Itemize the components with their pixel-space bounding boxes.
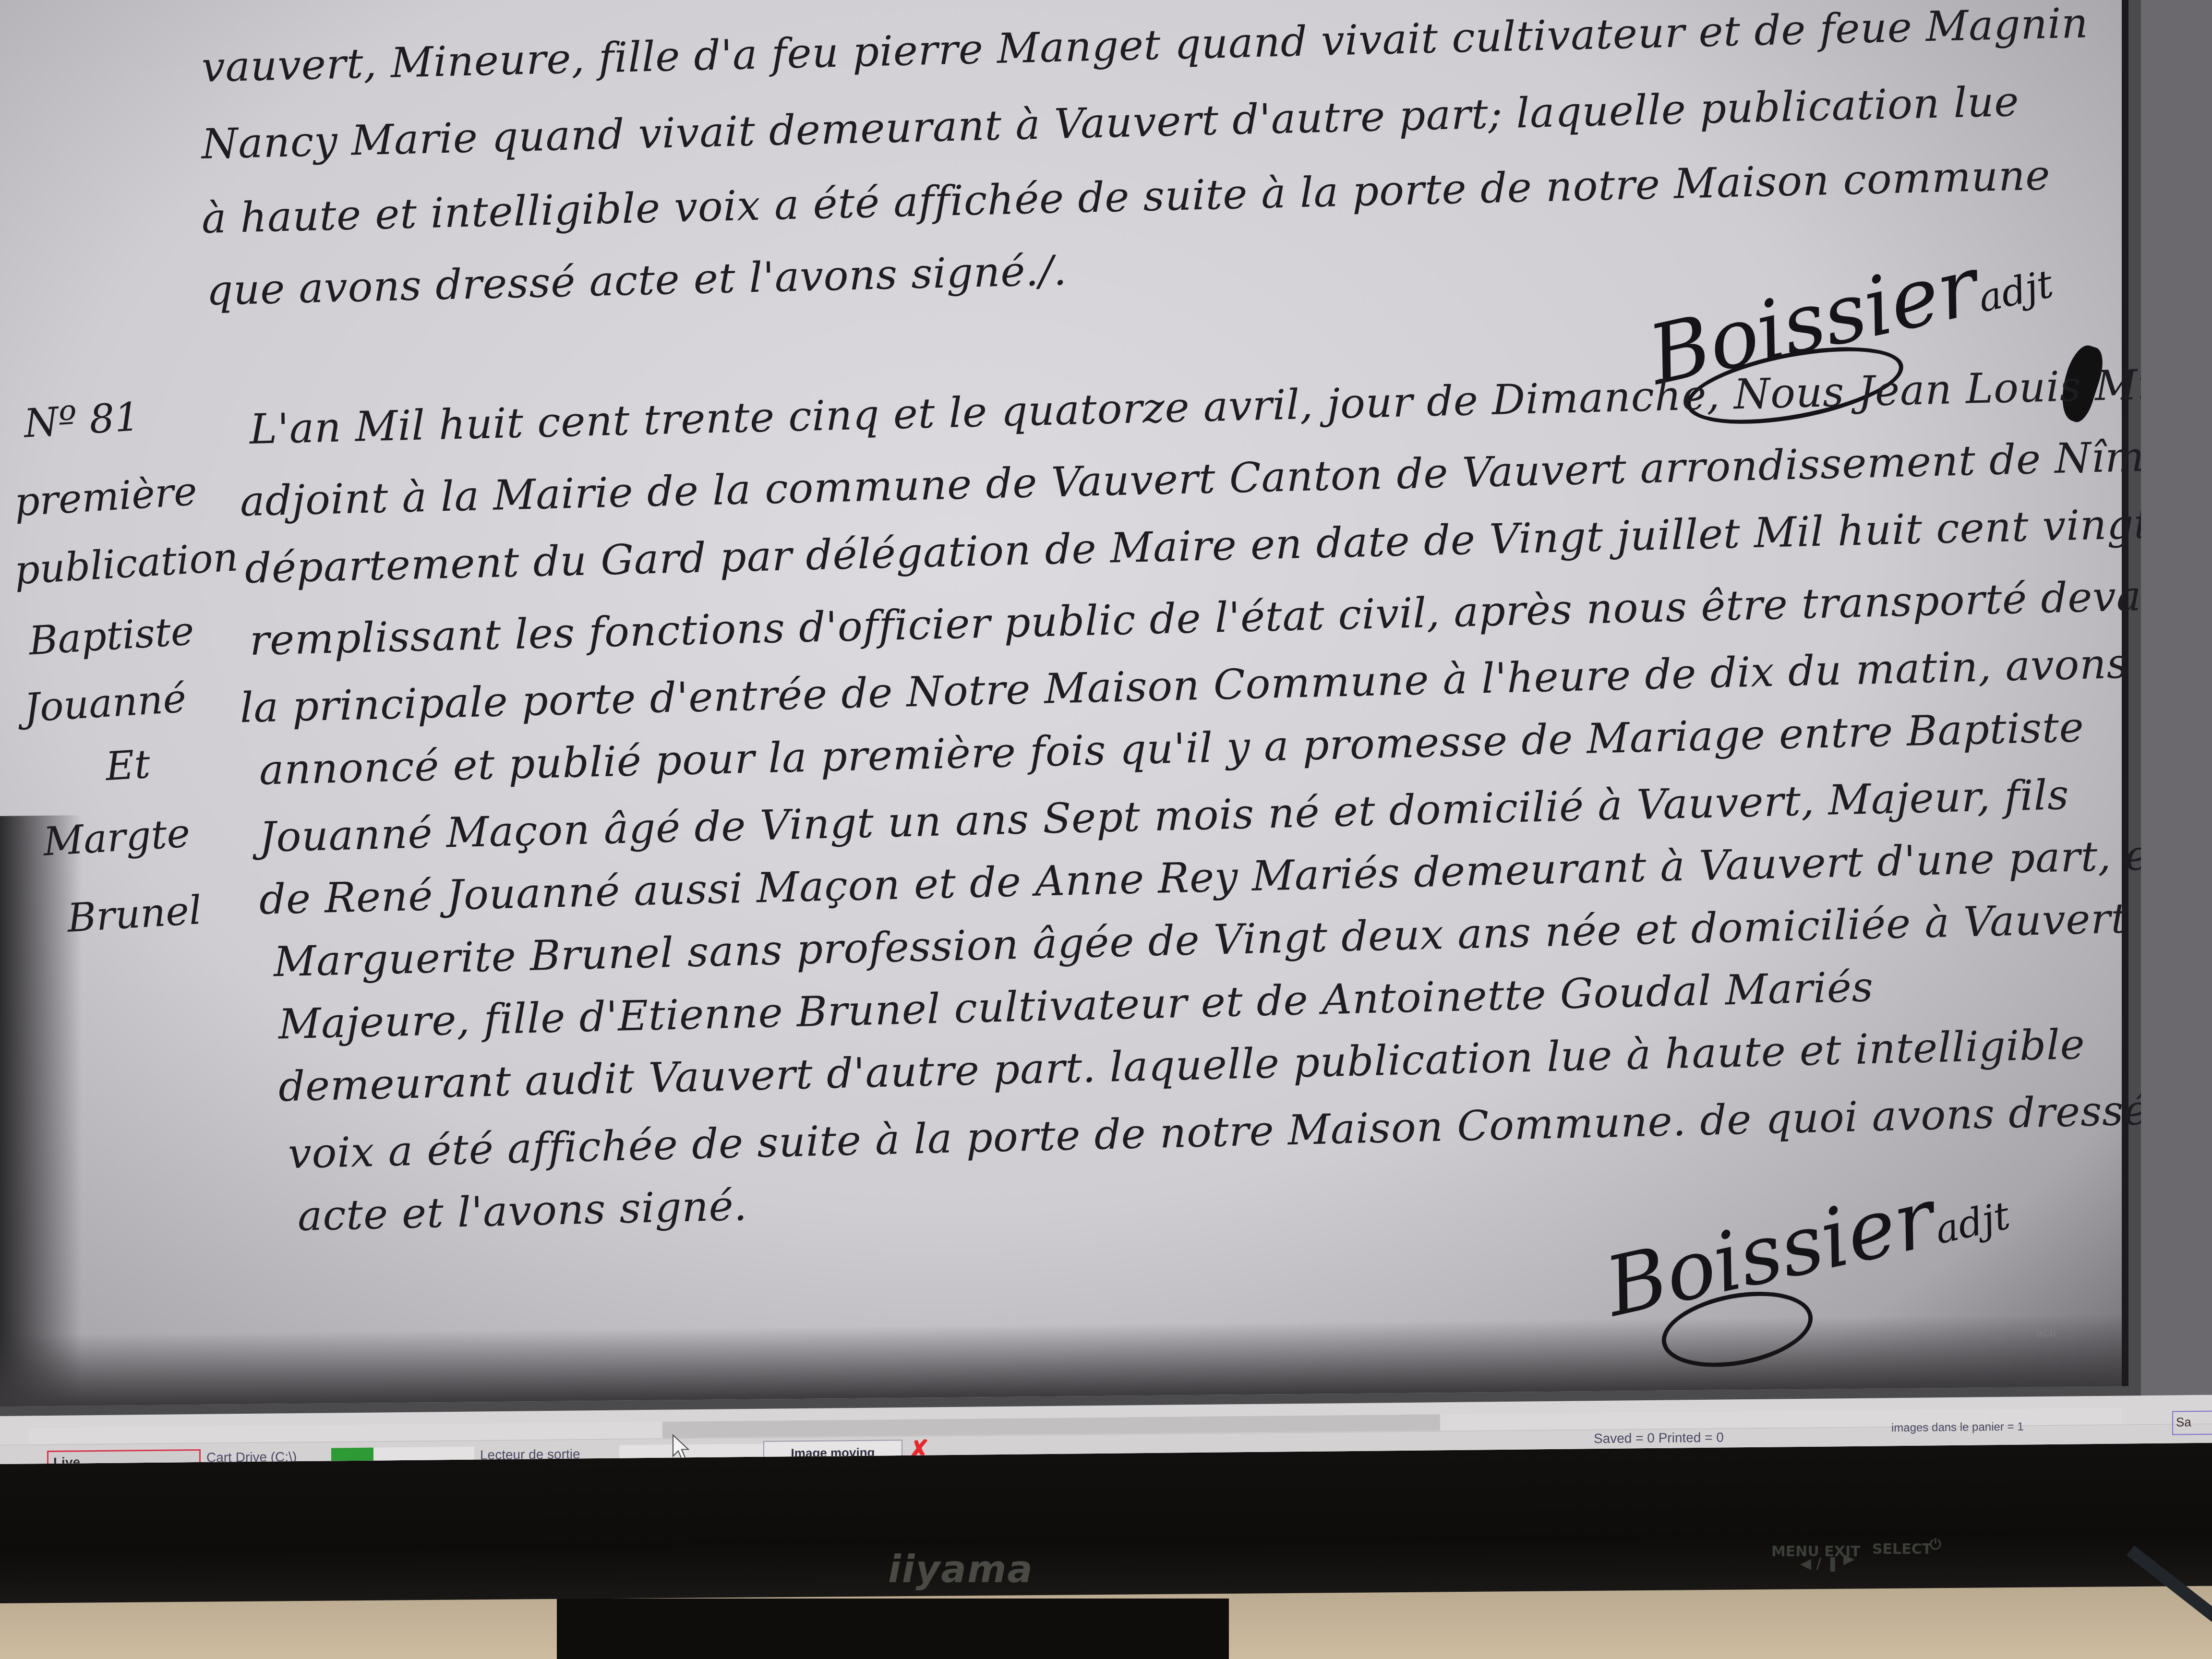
live-mode-indicator[interactable]: Live bbox=[47, 1449, 201, 1464]
doc-line: acte et l'avons signé. bbox=[297, 1182, 747, 1240]
doc-line: que avons dressé acte et l'avons signé./… bbox=[206, 247, 1067, 315]
saved-printed-counter: Saved = 0 Printed = 0 bbox=[1594, 1430, 1724, 1447]
margin-note: Nº 81 bbox=[23, 394, 141, 447]
watermark: acti bbox=[2035, 1324, 2056, 1340]
screen: vauvert, Mineure, fille d'a feu pierre M… bbox=[0, 0, 2212, 1464]
margin-note: publication bbox=[13, 534, 240, 594]
doc-line: Nancy Marie quand vivait demeurant à Vau… bbox=[201, 78, 2020, 168]
scanned-document: vauvert, Mineure, fille d'a feu pierre M… bbox=[0, 0, 2128, 1407]
doc-line: vauvert, Mineure, fille d'a feu pierre M… bbox=[201, 0, 2089, 92]
power-icon[interactable]: ⏻ bbox=[1930, 1536, 1941, 1553]
margin-note: Brunel bbox=[66, 888, 203, 941]
osd-select-button[interactable]: SELECT bbox=[1872, 1541, 1932, 1558]
monitor-brand-logo: iiyama bbox=[888, 1548, 1034, 1591]
osd-right-button[interactable]: ▶ bbox=[1843, 1551, 1854, 1567]
image-viewer[interactable]: vauvert, Mineure, fille d'a feu pierre M… bbox=[0, 0, 2141, 1416]
margin-note: Baptiste bbox=[28, 608, 195, 664]
signature-title: adjt bbox=[1974, 261, 2057, 321]
doc-line: à haute et intelligible voix a été affic… bbox=[201, 151, 2051, 243]
basket-counter: images dans le panier = 1 bbox=[1891, 1420, 2024, 1435]
signature-title: adjt bbox=[1931, 1193, 2014, 1253]
monitor-stand bbox=[557, 1599, 1229, 1659]
margin-note: première bbox=[13, 469, 198, 525]
margin-note: Et bbox=[105, 742, 152, 790]
save-button[interactable]: Sa bbox=[2172, 1411, 2212, 1435]
margin-note: Jouanné bbox=[23, 676, 188, 732]
osd-left-button[interactable]: ◀ / ❚ bbox=[1800, 1555, 1839, 1572]
side-panel bbox=[2141, 0, 2212, 1395]
margin-note: Margte bbox=[42, 810, 192, 865]
